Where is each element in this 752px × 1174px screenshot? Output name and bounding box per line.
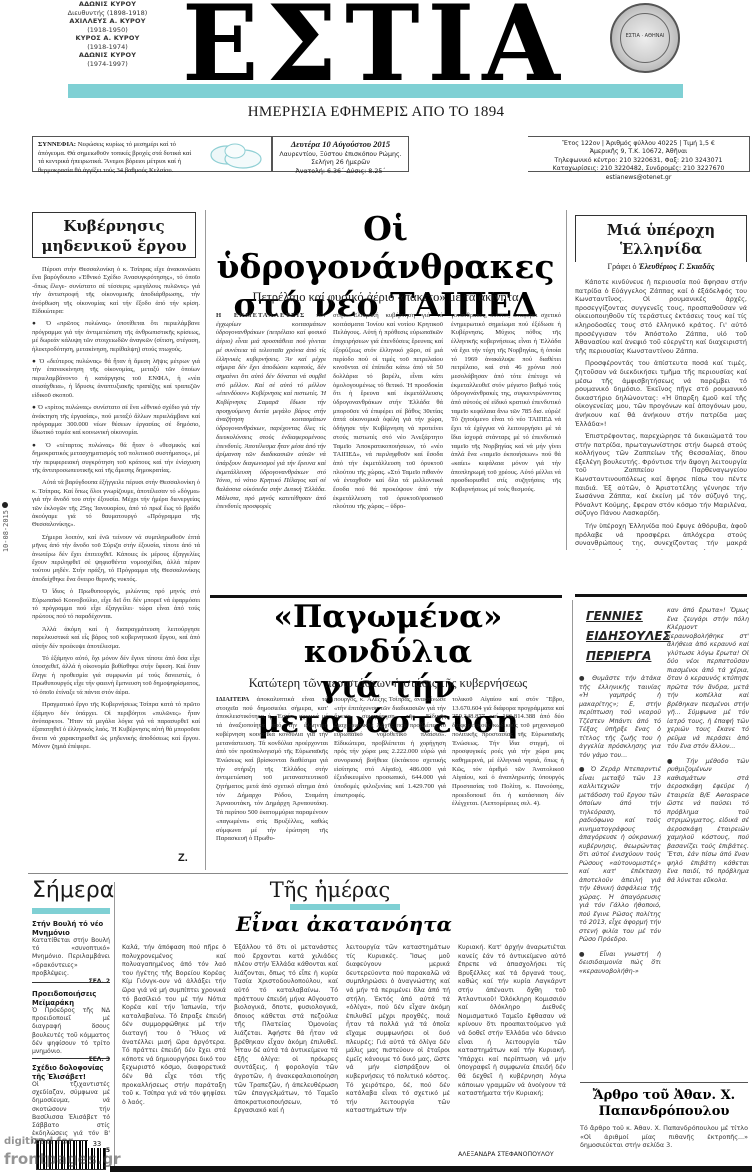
column-col-1: Καλά, τήν ἀπόφαση πού πῆρε ὁ πολυχρονεμέ…: [122, 944, 226, 1162]
founder-years: (1974-1997): [40, 60, 175, 69]
founder-name: ΑΧΙΛΛΕΥΣ Α. ΚΥΡΟΥ: [40, 17, 175, 26]
column-section-title: Τῆς ἡμέρας: [240, 878, 420, 902]
newspaper-title: ΕΣΤΙΑ: [165, 0, 585, 86]
saints-day: Λαυρεντίου, Ξύστου ἐπισκόπου Ρώμης.: [273, 151, 408, 160]
cloud-icon: [205, 141, 265, 169]
editorial-signature: Ζ.: [178, 852, 188, 864]
column-divider: [114, 882, 115, 1167]
lead-column-1: Η ΕΚΜΕΤΑΛΛΕΥΣΙΣ τῶν ἐγχωρίων κοιτασμάτων…: [216, 312, 326, 540]
lead-headline: Οἱ ὑδρογονάνθρακες στό νέο ΤΑΙΠΕΔ: [208, 210, 563, 324]
lead-deck: Πετρέλαιο καί φυσικό ἀέριο «πακέτο» μέ τ…: [208, 290, 563, 305]
article-ref-body: Τό ἄρθρο τοῦ κ. Ἀθαν. Χ. Παπανδρόπουλου …: [580, 1124, 748, 1150]
gossip-labels: ΓΕΝΝΙΕΣ ΕΙΔΗΣΟΥΛΕΣ ΠΕΡΙΕΡΓΑ: [586, 606, 666, 666]
gossip-column-2: καν ἀπό ἔρωτα»! Ὅμως ἕνα ζευγάρι στήν πό…: [667, 607, 749, 1060]
today-item[interactable]: Προειδοποιήσεις Μεϊμαράκη Ὁ Πρόεδρος τῆς…: [32, 990, 110, 1063]
masthead-bar: [68, 84, 343, 98]
editorial-body: Πέρυσι στήν Θεσσαλονίκη ὁ κ. Τσίπρας εἶχ…: [32, 266, 200, 856]
founders-list: ΑΔΩΝΙΣ ΚΥΡΟΥ Διευθυντής (1898-1918) ΑΧΙΛ…: [40, 0, 175, 68]
second-column-1: ΙΔΙΑΙΤΕΡΑ ἀποκαλυπτικά εἶναι τά στοιχεῖα…: [216, 696, 328, 866]
founder-name: ΑΔΩΝΙΣ ΚΥΡΟΥ: [40, 51, 175, 60]
date-box: Δευτέρα 10 Αὐγούστου 2015 Λαυρεντίου, Ξύ…: [272, 136, 409, 172]
column-headline: Εἶναι ἀκατανόητα: [120, 912, 568, 936]
seal-logo-icon: ΕΣΤΙΑ · ΑΘΗΝΑΙ: [610, 3, 680, 73]
today-item[interactable]: Στήν Βουλή τό νέο Μνημόνιο Κατατίθεται σ…: [32, 920, 110, 985]
section-rule: [28, 873, 568, 874]
founder-name: ΚΥΡΟΣ Α. ΚΥΡΟΥ: [40, 34, 175, 43]
lead-column-3: γονάνθρακες, κ.λ.π.», ἀναφέρει σχετικό ἐ…: [451, 312, 561, 540]
moon-phase: Σελήνη 26 ἡμερῶν: [273, 159, 408, 168]
phones: Τηλεφωνικό κέντρο: 210 3220631, Φαξ: 210…: [528, 157, 749, 165]
email-link[interactable]: estianews@otenet.gr: [528, 174, 749, 182]
section-rule: [210, 595, 562, 598]
masthead-bar: [343, 84, 683, 98]
column-section-bar: [290, 904, 400, 910]
editorial-headline: Κυβέρνησις μηδενικοῦ ἔργου: [32, 212, 196, 258]
barcode-number: 33: [88, 1140, 106, 1148]
vertical-date: 10-08-2015: [2, 510, 12, 552]
second-column-2: πουργός, κ. Ἀλέξης Τσίπρας, ἀνακοίνωσε «…: [334, 696, 446, 866]
contact-box: Ἔτος 122ον | Ἀριθμός φύλλου 40225 | Τιμή…: [528, 136, 750, 172]
sun-times: Ἀνατολή: 6.36΄-Δύσις: 8.25΄: [273, 168, 408, 177]
feature-body: Κάποτε κινδύνευε ἡ περιουσία πού ἄφησαν …: [575, 278, 747, 550]
article-ref-headline: Ἄρθρο τοῦ Ἀθαν. Χ. Παπανδρόπουλου: [578, 1088, 750, 1120]
address: Ἀμερικῆς 9, Τ.Κ. 10672, Ἀθῆναι: [528, 148, 749, 156]
gossip-column-1: ● Θυμᾶστε τήν ἀτάκα τῆς ἑλληνικῆς ταινία…: [579, 675, 661, 1060]
column-col-4: Κυριακή. Κατ' ἀρχήν ἀναρωτιέται κανείς ἐ…: [458, 944, 566, 1149]
founder-years: Διευθυντής (1898-1918): [40, 9, 175, 18]
second-deck: Κατώτερη τῶν περιστάσεων ἡ στάσις τῆς κυ…: [208, 676, 568, 691]
column-divider: [205, 210, 206, 870]
weather-label: ΣΥΝΝΕΦΙΑ:: [38, 141, 76, 148]
second-column-3: τολικοῦ Αἰγαίου καί στόν Ἕβρο, 13.670.60…: [452, 696, 564, 866]
feature-headline: Μιά ὑπέροχη Ἑλληνίδα: [575, 215, 747, 265]
feature-byline: Γράφει ὁ Ἐλευθέριος Γ. Σκιαδᾶς: [575, 262, 747, 271]
column-divider: [572, 600, 573, 1070]
masthead-subtitle: ΗΜΕΡΗΣΙΑ ΕΦΗΜΕΡΙΣ ΑΠΟ ΤΟ 1894: [0, 104, 752, 121]
founder-name: ΑΔΩΝΙΣ ΚΥΡΟΥ: [40, 0, 175, 9]
lead-column-2: στήν Ἑλληνική κυβέρνηση γιά τά κοιτάσματ…: [333, 312, 443, 540]
section-rule: [575, 594, 747, 597]
bottom-rule: [110, 1166, 752, 1172]
founder-years: (1918-1950): [40, 26, 175, 35]
watermark-line1: digitized for: [4, 1136, 73, 1147]
column-divider: [566, 210, 567, 550]
column-col-2: Ἐξάλλου τό ὅτι οἱ μετανάστες πού ἔρχοντα…: [234, 944, 338, 1162]
column-col-3: λειτουργία τῶν καταστημάτων τίς Κυριακές…: [346, 944, 450, 1162]
today-title: Σήμερα: [32, 878, 110, 903]
founder-years: (1918-1974): [40, 43, 175, 52]
bullet-dot-icon: [2, 502, 8, 508]
issue-date: Δευτέρα 10 Αὐγούστου 2015: [273, 140, 408, 149]
column-signature: ΑΛΕΞΑΝΔΡΑ ΣΤΕΦΑΝΟΠΟΥΛΟΥ: [458, 1151, 566, 1158]
weather-box: ΣΥΝΝΕΦΙΑ: Νεφώσεις κυρίως τό μεσημέρι κα…: [32, 136, 272, 172]
today-bar: [32, 908, 110, 914]
watermark-line2: frontpages.gr: [4, 1150, 121, 1168]
ads-phones: Καταχωρίσεις: 210 3220482, Συνδρομές: 21…: [528, 165, 749, 173]
